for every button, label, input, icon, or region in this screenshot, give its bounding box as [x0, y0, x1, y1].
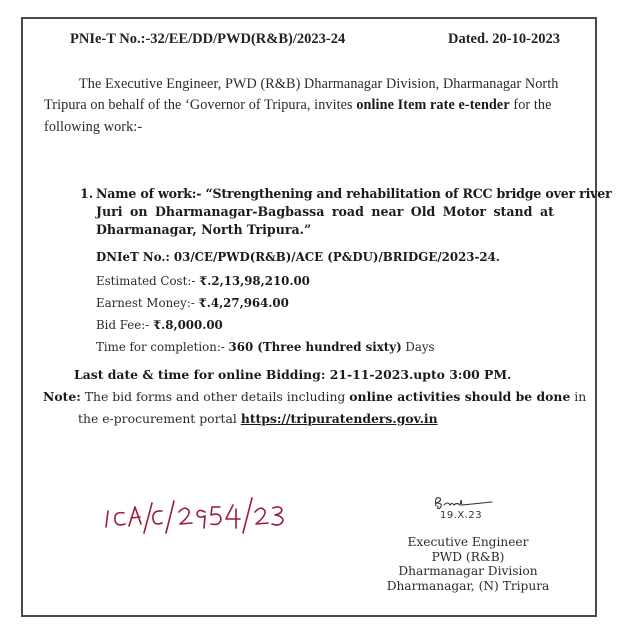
note-label: Note: [43, 389, 81, 404]
note-line-2-prefix: the e-procurement portal [78, 411, 241, 426]
completion-time: Time for completion:- 360 (Three hundred… [96, 340, 435, 354]
signature-date: 19.X.23 [440, 510, 482, 521]
work-name-line-1: Name of work:- “Strengthening and rehabi… [96, 186, 556, 201]
portal-link[interactable]: https://tripuratenders.gov.in [241, 411, 438, 426]
work-name-word: on [130, 204, 148, 219]
signatory-division: Dharmanagar Division [378, 564, 558, 579]
bid-fee-value: ₹.8,000.00 [153, 318, 223, 332]
work-name-word: near [371, 204, 403, 219]
reference-number: PNIe-T No.:-32/EE/DD/PWD(R&B)/2023-24 [70, 31, 345, 48]
bid-fee: Bid Fee:- ₹.8,000.00 [96, 318, 223, 332]
estimated-cost-value: ₹.2,13,98,210.00 [199, 274, 310, 288]
work-name-word: Motor [443, 204, 486, 219]
note-text-bold: online activities should be done [349, 389, 570, 404]
signatory-location: Dharmanagar, (N) Tripura [378, 579, 558, 594]
earnest-money-value: ₹.4,27,964.00 [199, 296, 289, 310]
notice-date: Dated. 20-10-2023 [448, 31, 560, 48]
completion-time-suffix: Days [402, 340, 435, 354]
completion-time-label: Time for completion:- [96, 340, 229, 354]
intro-line-1: The Executive Engineer, PWD (R&B) Dharma… [79, 76, 559, 93]
signatory-designation: Executive Engineer [378, 535, 558, 550]
earnest-money-label: Earnest Money:- [96, 296, 199, 310]
intro-line-2-suffix: for the [510, 97, 552, 113]
work-name-word: Dharmanagar-Bagbassa [155, 204, 324, 219]
work-name-line-3: Dharmanagar, North Tripura.” [96, 222, 311, 237]
handwritten-reference-icon [102, 493, 302, 543]
intro-line-2-prefix: Tripura on behalf of the ‘Governor of Tr… [44, 97, 356, 113]
tender-type: online Item rate e-tender [356, 97, 509, 113]
signatory-department: PWD (R&B) [378, 550, 558, 565]
work-name-word: stand [493, 204, 532, 219]
completion-time-value: 360 (Three hundred sixty) [229, 340, 402, 354]
work-name-line-2: JurionDharmanagar-BagbassaroadnearOldMot… [96, 204, 554, 219]
work-name-word: Old [411, 204, 436, 219]
intro-line-2: Tripura on behalf of the ‘Governor of Tr… [44, 97, 552, 114]
handwritten-reference [102, 493, 302, 547]
estimated-cost: Estimated Cost:- ₹.2,13,98,210.00 [96, 274, 310, 288]
note-text-prefix: The bid forms and other details includin… [81, 389, 350, 404]
dniet-number: DNIeT No.: 03/CE/PWD(R&B)/ACE (P&DU)/BRI… [96, 250, 500, 264]
note-line-1: Note: The bid forms and other details in… [43, 389, 586, 404]
note-line-2: the e-procurement portal https://tripura… [78, 411, 438, 426]
note-text-suffix: in [570, 389, 586, 404]
signatory-block: Executive Engineer PWD (R&B) Dharmanagar… [378, 535, 558, 593]
work-name-word: road [332, 204, 364, 219]
work-item-number: 1. [80, 186, 93, 201]
earnest-money: Earnest Money:- ₹.4,27,964.00 [96, 296, 289, 310]
bidding-deadline: Last date & time for online Bidding: 21-… [74, 367, 511, 382]
work-name-word: Juri [96, 204, 123, 219]
intro-line-3: following work:- [44, 119, 142, 136]
work-name-word: at [540, 204, 554, 219]
bid-fee-label: Bid Fee:- [96, 318, 153, 332]
estimated-cost-label: Estimated Cost:- [96, 274, 199, 288]
